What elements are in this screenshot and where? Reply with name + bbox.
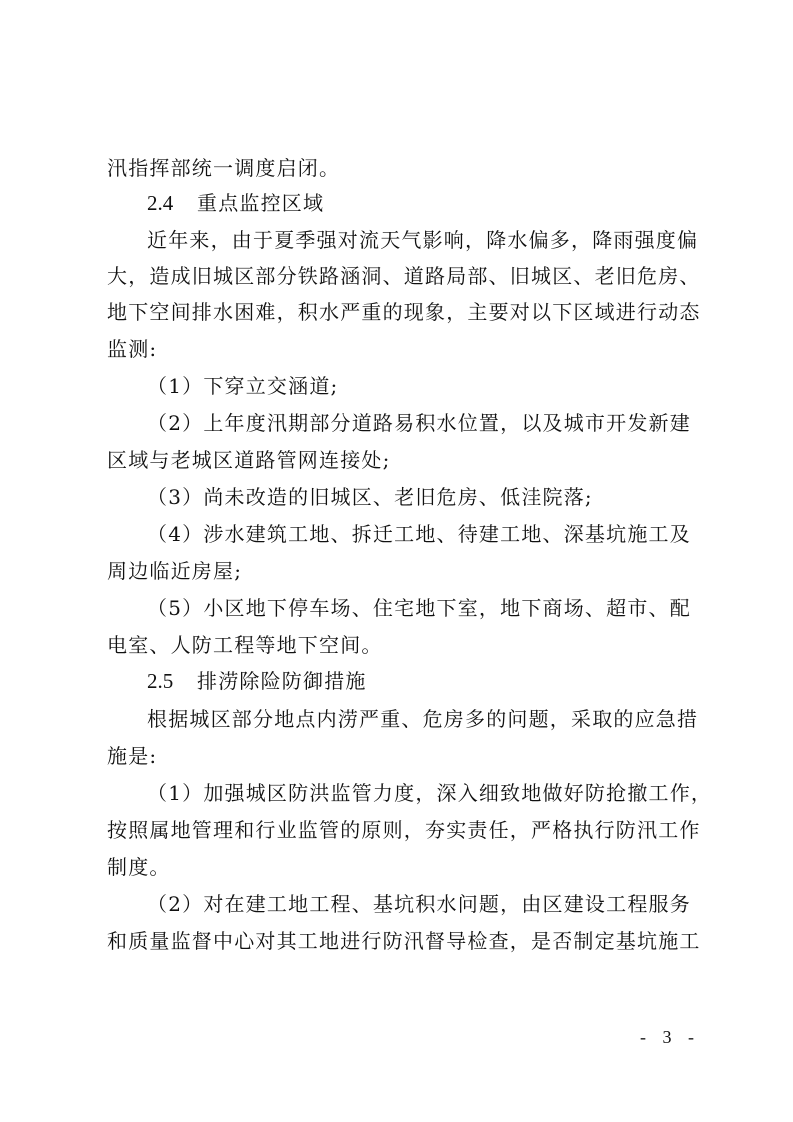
paragraph-line: 根据城区部分地点内涝严重、危房多的问题，采取的应急措 — [147, 706, 689, 732]
list-item: （2）对在建工地工程、基坑积水问题，由区建设工程服务 — [147, 891, 689, 917]
section-number: 2.5 — [147, 668, 197, 694]
paragraph-line: 地下空间排水困难，积水严重的现象，主要对以下区域进行动态 — [107, 299, 689, 325]
list-item: （1）下穿立交涵道; — [147, 373, 689, 399]
list-item-continuation: 制度。 — [107, 854, 689, 880]
list-item-continuation: 区域与老城区道路管网连接处; — [107, 447, 689, 473]
list-item: （3）尚未改造的旧城区、老旧危房、低洼院落; — [147, 484, 689, 510]
list-item-continuation: 电室、人防工程等地下空间。 — [107, 632, 689, 658]
list-item-continuation: 周边临近房屋; — [107, 558, 689, 584]
list-item: （1）加强城区防洪监管力度，深入细致地做好防抢撤工作， — [147, 780, 689, 806]
list-item: （5）小区地下停车场、住宅地下室，地下商场、超市、配 — [147, 595, 689, 621]
list-item-continuation: 和质量监督中心对其工地进行防汛督导检查，是否制定基坑施工 — [107, 928, 689, 954]
paragraph-line: 近年来，由于夏季强对流天气影响，降水偏多，降雨强度偏 — [147, 227, 689, 253]
section-title: 排涝除险防御措施 — [197, 669, 367, 693]
paragraph-line: 监测: — [107, 336, 689, 362]
document-page: 汛指挥部统一调度启闭。 2.4重点监控区域 近年来，由于夏季强对流天气影响，降水… — [0, 0, 793, 1122]
section-heading-2-5: 2.5排涝除险防御措施 — [147, 668, 689, 694]
page-number: - 3 - — [640, 1027, 700, 1048]
section-title: 重点监控区域 — [197, 191, 324, 215]
list-item-continuation: 按照属地管理和行业监管的原则，夯实责任，严格执行防汛工作 — [107, 817, 689, 843]
section-number: 2.4 — [147, 190, 197, 216]
section-heading-2-4: 2.4重点监控区域 — [147, 190, 689, 216]
list-item: （4）涉水建筑工地、拆迁工地、待建工地、深基坑施工及 — [147, 521, 689, 547]
paragraph-line: 大，造成旧城区部分铁路涵洞、道路局部、旧城区、老旧危房、 — [107, 263, 689, 289]
paragraph-line: 汛指挥部统一调度启闭。 — [107, 155, 689, 181]
list-item: （2）上年度汛期部分道路易积水位置，以及城市开发新建 — [147, 410, 689, 436]
paragraph-line: 施是: — [107, 743, 689, 769]
